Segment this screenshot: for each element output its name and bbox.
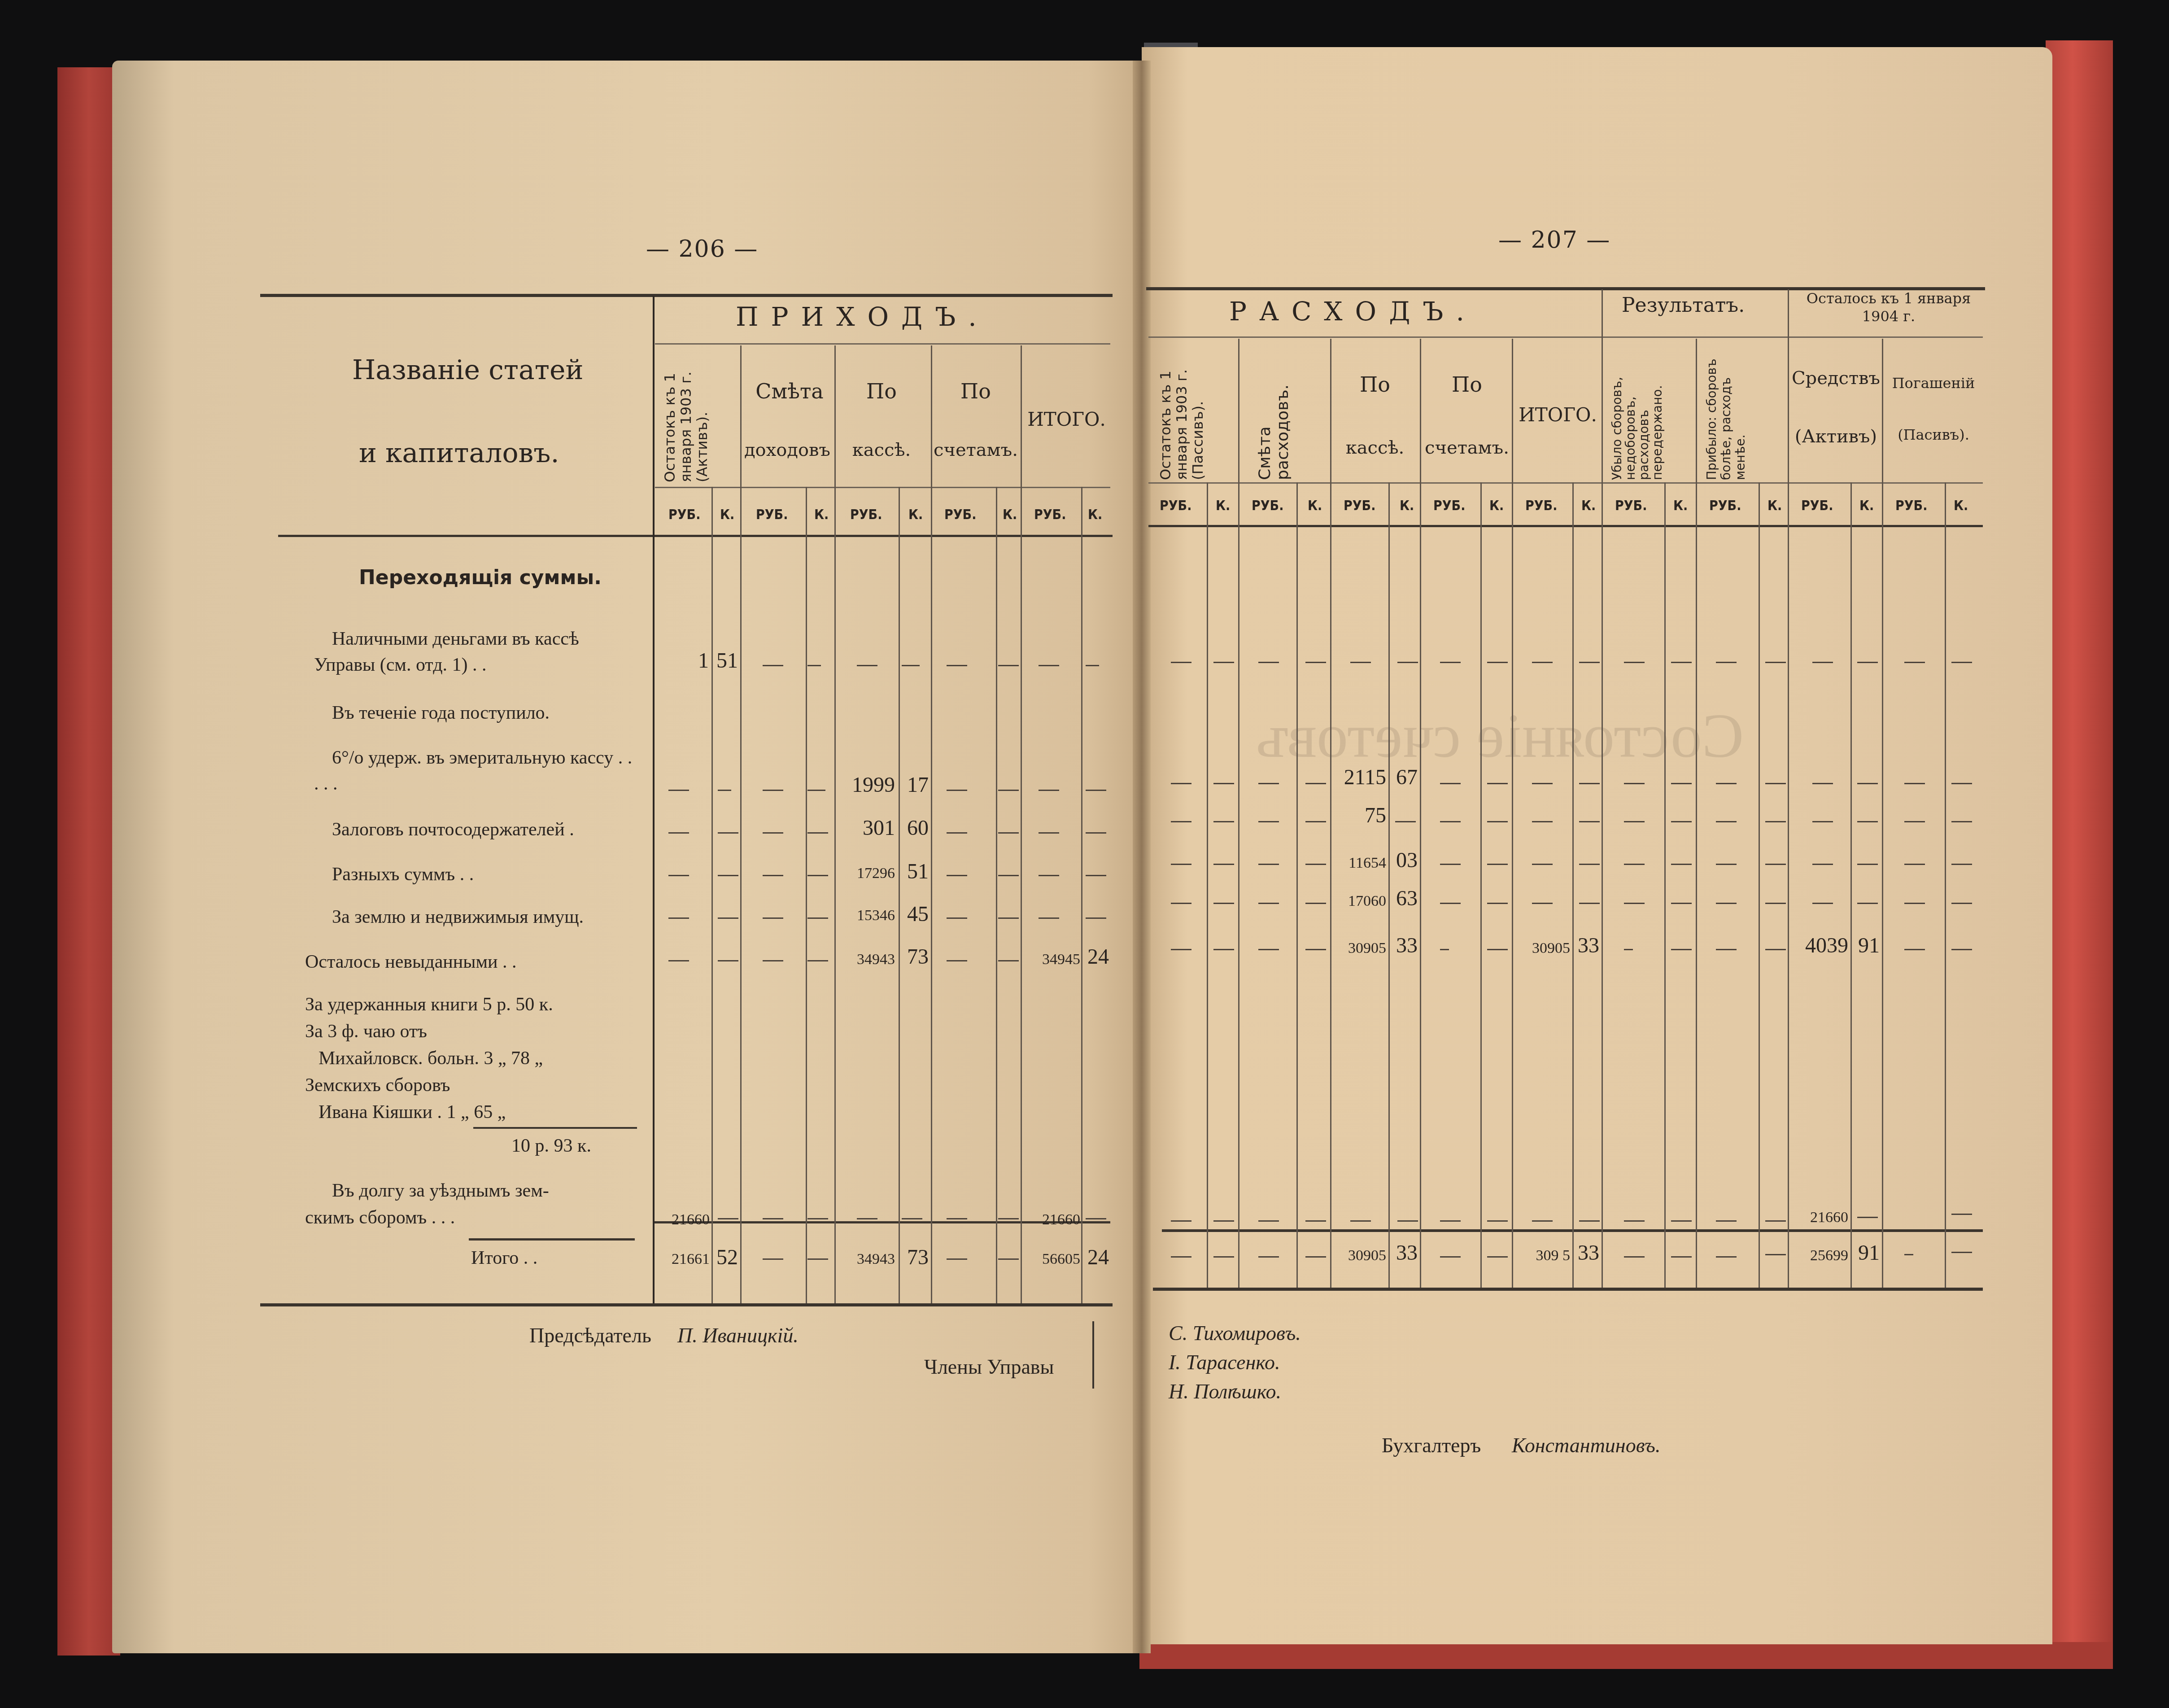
stub-header-line2: и капиталовъ. bbox=[359, 437, 559, 469]
cell-value: 301 bbox=[834, 816, 895, 840]
col-header-expense-estimate: Смѣта расходовъ. bbox=[1256, 354, 1292, 480]
cell-value: 75 bbox=[1332, 803, 1386, 828]
total-value: 21661 bbox=[655, 1251, 710, 1268]
cell-value: 30905 bbox=[1332, 940, 1386, 957]
col-header-cash-bottom: кассѣ. bbox=[841, 440, 922, 460]
note-line4: Земскихъ сборовъ bbox=[305, 1075, 450, 1096]
row-label-unpaid: Осталось невыданными . . bbox=[305, 951, 517, 973]
cell-value: 2115 bbox=[1332, 765, 1386, 790]
book-cover-bottom bbox=[1139, 1642, 2113, 1669]
members-label: Члены Управы bbox=[924, 1355, 1054, 1379]
col-header-cash-top: По bbox=[843, 379, 920, 403]
cell-value: 30905 bbox=[1514, 940, 1570, 957]
chairman-label: Предсѣдатель bbox=[529, 1324, 651, 1347]
cell-value: 73 bbox=[899, 944, 929, 969]
total-value: 30905 bbox=[1332, 1247, 1386, 1264]
cell-value: 15346 bbox=[834, 907, 895, 924]
total-value: 33 bbox=[1572, 1241, 1599, 1265]
cell-value: 33 bbox=[1572, 933, 1599, 958]
unit-rub: РУБ. bbox=[668, 507, 700, 523]
row-label-debt-1: Въ долгу за уѣзднымъ зем- bbox=[332, 1180, 549, 1201]
unit-rub: РУБ. bbox=[1895, 498, 1927, 514]
note-line1: За удержанныя книги 5 р. 50 к. bbox=[305, 994, 553, 1015]
col-header-balance-passive: Остатокъ къ 1 января 1903 г. (Пассивъ). bbox=[1157, 341, 1205, 480]
unit-kop: К. bbox=[1767, 498, 1782, 514]
stub-header-line1: Названіе статей bbox=[352, 354, 583, 386]
col-header-assets-bottom: (Активъ) bbox=[1790, 426, 1882, 447]
row-label-deposits: Залоговъ почтосодержателей . bbox=[332, 819, 574, 840]
col-header-total: ИТОГО. bbox=[1023, 408, 1110, 430]
cell-value: 91 bbox=[1853, 933, 1880, 958]
cell-value: 21660 bbox=[1022, 1211, 1080, 1228]
col-header-accounts-bottom: счетамъ. bbox=[933, 440, 1018, 460]
unit-kop: К. bbox=[720, 507, 734, 523]
cell-value: 03 bbox=[1391, 848, 1418, 873]
col-header-liabilities-bottom: (Пасивъ). bbox=[1884, 426, 1983, 443]
row-label-received: Въ теченіе года поступило. bbox=[332, 702, 550, 724]
col-header-accounts-top: По bbox=[1424, 372, 1510, 397]
total-value: 91 bbox=[1853, 1241, 1880, 1265]
row-label-land: За землю и недвижимыя имущ. bbox=[332, 906, 584, 928]
note-line5: Ивана Кіяшки . 1 „ 65 „ bbox=[319, 1101, 506, 1123]
cell-value: 4039 bbox=[1790, 933, 1848, 958]
unit-kop: К. bbox=[1673, 498, 1688, 514]
cell-value: 21660 bbox=[655, 1211, 710, 1228]
unit-rub: РУБ. bbox=[1615, 498, 1647, 514]
col-header-cash-bottom: кассѣ. bbox=[1332, 437, 1418, 458]
unit-rub: РУБ. bbox=[1709, 498, 1741, 514]
unit-rub: РУБ. bbox=[1252, 498, 1283, 514]
section-title-transit-sums: Переходящія суммы. bbox=[359, 566, 602, 589]
cell-value: 24 bbox=[1082, 944, 1109, 969]
unit-rub: РУБ. bbox=[756, 507, 788, 523]
total-value: 34943 bbox=[834, 1251, 895, 1268]
cell-value: 51 bbox=[899, 859, 929, 884]
cell-value: 1 bbox=[655, 648, 709, 673]
total-value: 52 bbox=[713, 1245, 738, 1270]
book-cover-left bbox=[57, 67, 120, 1656]
total-label: Итого . . bbox=[471, 1247, 537, 1269]
unit-rub: РУБ. bbox=[1344, 498, 1375, 514]
page-number-right: — 207 — bbox=[1498, 227, 1610, 253]
note-line3: Михайловск. больн. 3 „ 78 „ bbox=[319, 1048, 543, 1069]
col-header-accounts-bottom: счетамъ. bbox=[1422, 437, 1512, 458]
unit-kop: К. bbox=[1400, 498, 1414, 514]
page-number-left: — 206 — bbox=[646, 236, 758, 262]
member-signature-3: Н. Полѣшко. bbox=[1169, 1380, 1281, 1403]
book-gutter bbox=[1133, 61, 1151, 1653]
unit-kop: К. bbox=[1216, 498, 1230, 514]
cell-value: 11654 bbox=[1332, 855, 1386, 872]
unit-rub: РУБ. bbox=[944, 507, 976, 523]
col-header-decrease: Убыло сборовъ, недоборовъ, расходовъ пер… bbox=[1610, 341, 1662, 480]
unit-kop: К. bbox=[1954, 498, 1968, 514]
col-header-balance-1903: Остатокъ къ 1 января 1903 г. (Активъ). bbox=[662, 348, 707, 482]
result-group-header: Результатъ. bbox=[1622, 294, 1745, 317]
member-signature-1: С. Тихомировъ. bbox=[1169, 1321, 1301, 1345]
total-value: 309 5 bbox=[1514, 1247, 1570, 1264]
cell-value: 51 bbox=[713, 648, 738, 673]
accountant-name: Константиновъ. bbox=[1512, 1433, 1660, 1457]
expense-group-header: РАСХОДЪ. bbox=[1229, 296, 1477, 327]
col-header-assets-top: Средствъ bbox=[1790, 368, 1882, 389]
cell-value: 45 bbox=[899, 902, 929, 926]
col-header-total: ИТОГО. bbox=[1514, 404, 1602, 426]
unit-rub: РУБ. bbox=[1160, 498, 1191, 514]
col-header-accounts-top: По bbox=[938, 379, 1014, 403]
unit-kop: К. bbox=[1088, 507, 1102, 523]
col-header-estimate-bottom: доходовъ bbox=[742, 440, 832, 460]
cell-value: 21660 bbox=[1790, 1209, 1848, 1226]
col-header-liabilities-top: Погашеній bbox=[1884, 375, 1983, 392]
row-label-misc-sums: Разныхъ суммъ . . bbox=[332, 864, 474, 885]
total-value: 24 bbox=[1082, 1245, 1109, 1270]
accountant-label: Бухгалтеръ bbox=[1382, 1433, 1481, 1457]
cell-value: 17296 bbox=[834, 865, 895, 882]
unit-kop: К. bbox=[1003, 507, 1017, 523]
unit-kop: К. bbox=[908, 507, 923, 523]
cell-value: 67 bbox=[1391, 765, 1418, 790]
unit-rub: РУБ. bbox=[1801, 498, 1833, 514]
unit-kop: К. bbox=[1489, 498, 1504, 514]
cell-value: 17 bbox=[899, 773, 929, 797]
unit-kop: К. bbox=[1581, 498, 1596, 514]
total-value: 25699 bbox=[1790, 1247, 1848, 1264]
income-group-header: ПРИХОДЪ. bbox=[736, 301, 989, 332]
chairman-name: П. Иваницкій. bbox=[677, 1324, 799, 1347]
cell-value: 34943 bbox=[834, 951, 895, 968]
cell-value: 1999 bbox=[834, 773, 895, 797]
total-value: 33 bbox=[1391, 1241, 1418, 1265]
cell-value: 33 bbox=[1391, 933, 1418, 958]
book-cover-right bbox=[2046, 40, 2113, 1656]
bleed-through-text: Состояніе счетовъ bbox=[1256, 700, 1744, 772]
row-label-cash: Наличными деньгами въ кассѣ Управы (см. … bbox=[314, 626, 637, 678]
cell-value: 60 bbox=[899, 816, 929, 840]
unit-kop: К. bbox=[1308, 498, 1322, 514]
unit-kop: К. bbox=[814, 507, 829, 523]
unit-rub: РУБ. bbox=[1034, 507, 1066, 523]
note-line6: 10 р. 93 к. bbox=[511, 1135, 591, 1157]
member-signature-2: І. Тарасенко. bbox=[1169, 1350, 1280, 1374]
total-value: 56605 bbox=[1022, 1251, 1080, 1268]
right-page bbox=[1142, 47, 2052, 1644]
col-header-cash-top: По bbox=[1335, 372, 1415, 397]
remaining-group-header: Осталось къ 1 января 1904 г. bbox=[1799, 289, 1978, 325]
unit-rub: РУБ. bbox=[1433, 498, 1465, 514]
row-label-pension: 6°/о удерж. въ эмеритальную кассу . . . … bbox=[314, 745, 637, 797]
left-page bbox=[112, 61, 1139, 1653]
unit-rub: РУБ. bbox=[850, 507, 882, 523]
cell-value: 34945 bbox=[1022, 951, 1080, 968]
row-label-debt-2: скимъ сборомъ . . . bbox=[305, 1207, 455, 1228]
cell-value: 63 bbox=[1391, 886, 1418, 911]
unit-rub: РУБ. bbox=[1525, 498, 1557, 514]
col-header-estimate-top: Смѣта bbox=[745, 379, 834, 403]
col-header-increase: Прибыло: сборовъ болѣе, расходъ менѣе. bbox=[1705, 341, 1754, 480]
total-value: 73 bbox=[899, 1245, 929, 1270]
unit-kop: К. bbox=[1859, 498, 1874, 514]
cell-value: 17060 bbox=[1332, 893, 1386, 910]
note-line2: За 3 ф. чаю отъ bbox=[305, 1021, 427, 1042]
